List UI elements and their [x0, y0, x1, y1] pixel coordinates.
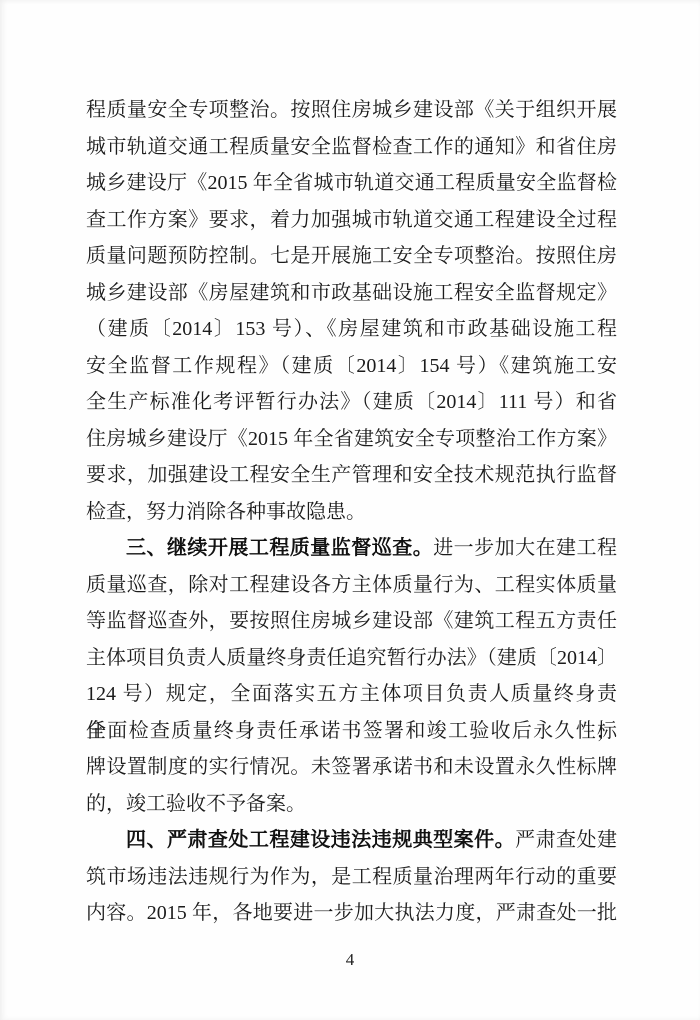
text-line: 四、严肃查处工程建设违法违规典型案件。严肃查处建	[86, 822, 617, 859]
text-line: 全生产标准化考评暂行办法》（建质〔2014〕111 号）和省	[86, 384, 617, 421]
text-line: 主体项目负责人质量终身责任追究暂行办法》（建质〔2014〕	[86, 640, 617, 677]
document-page: 程质量安全专项整治。按照住房城乡建设部《关于组织开展城市轨道交通工程质量安全监督…	[0, 0, 700, 1020]
text-line: 124 号）规定，全面落实五方主体项目负责人质量终身责任，	[86, 676, 617, 713]
text-line: 质量巡查，除对工程建设各方主体质量行为、工程实体质量	[86, 567, 617, 604]
text-line: 三、继续开展工程质量监督巡查。进一步加大在建工程	[86, 530, 617, 567]
text-line: 等监督巡查外，要按照住房城乡建设部《建筑工程五方责任	[86, 603, 617, 640]
text-line: 城乡建设厅《2015 年全省城市轨道交通工程质量安全监督检	[86, 165, 617, 202]
text-line: 全面检查质量终身责任承诺书签署和竣工验收后永久性标	[86, 713, 617, 750]
text-line: 内容。2015 年，各地要进一步加大执法力度，严肃查处一批	[86, 895, 617, 932]
text-line: 的，竣工验收不予备案。	[86, 786, 617, 823]
text-line: 要求，加强建设工程安全生产管理和安全技术规范执行监督	[86, 457, 617, 494]
text-line: 筑市场违法违规行为作为，是工程质量治理两年行动的重要	[86, 859, 617, 896]
text-line: 牌设置制度的实行情况。未签署承诺书和未设置永久性标牌	[86, 749, 617, 786]
text-line: 检查，努力消除各种事故隐患。	[86, 494, 617, 531]
text-line: 程质量安全专项整治。按照住房城乡建设部《关于组织开展	[86, 92, 617, 129]
text-line: 安全监督工作规程》（建质〔2014〕154 号）《建筑施工安	[86, 348, 617, 385]
section-heading: 三、继续开展工程质量监督巡查。	[126, 537, 433, 559]
text-line: 查工作方案》要求，着力加强城市轨道交通工程建设全过程	[86, 202, 617, 239]
text-line: 城市轨道交通工程质量安全监督检查工作的通知》和省住房	[86, 129, 617, 166]
text-line: 质量问题预防控制。七是开展施工安全专项整治。按照住房	[86, 238, 617, 275]
text-block: 程质量安全专项整治。按照住房城乡建设部《关于组织开展城市轨道交通工程质量安全监督…	[86, 92, 617, 932]
section-heading: 四、严肃查处工程建设违法违规典型案件。	[126, 829, 515, 851]
text-line: 城乡建设部《房屋建筑和市政基础设施工程安全监督规定》	[86, 275, 617, 312]
text-line: 住房城乡建设厅《2015 年全省建筑安全专项整治工作方案》	[86, 421, 617, 458]
text-line: （建质〔2014〕153 号）、《房屋建筑和市政基础设施工程	[86, 311, 617, 348]
page-number: 4	[0, 950, 700, 970]
